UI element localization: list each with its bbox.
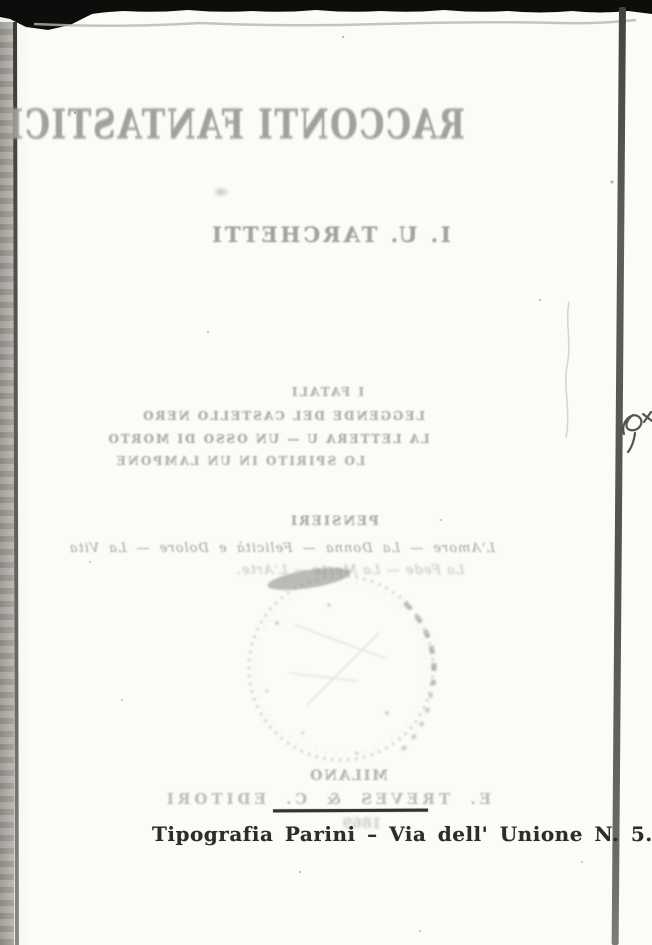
page-right-edge-line [612,7,626,945]
bleedthrough-contents-line: LO SPIRITO IN UN LAMPONE [100,454,380,468]
bleedthrough-contents-line: I FATALI [227,385,427,399]
bleedthrough-publisher: E. TREVES & C. EDITORI [191,790,491,808]
bleedthrough-contents-line: LA LETTERA U — UN OSSO DI MORTO [103,432,433,446]
printer-imprint-line: Tipografia Parini – Via dell' Unione N. … [152,822,552,846]
bleedthrough-author: I. U. TARCHETTI [205,222,455,247]
ink-flourish-mark [612,400,652,460]
library-stamp [237,563,449,779]
scanned-book-page: RACCONTI FANTASTICI I. U. TARCHETTI I FA… [0,0,652,945]
bleedthrough-title: RACCONTI FANTASTICI [149,100,465,149]
bleedthrough-contents-line: LEGGENDE DEL CASTELLO NERO [133,409,433,423]
bleedthrough-pensieri-line: L'Amore — La Donna — Felicità e Dolore —… [75,541,495,556]
pencil-stroke [557,298,579,443]
bleedthrough-smudge [212,186,230,198]
page-left-edge-line [13,22,19,945]
separator-rule [273,809,428,813]
bleedthrough-pensieri-heading: PENSIERI [234,514,434,529]
scan-top-edge [0,0,652,40]
gutter-strip [0,22,14,945]
